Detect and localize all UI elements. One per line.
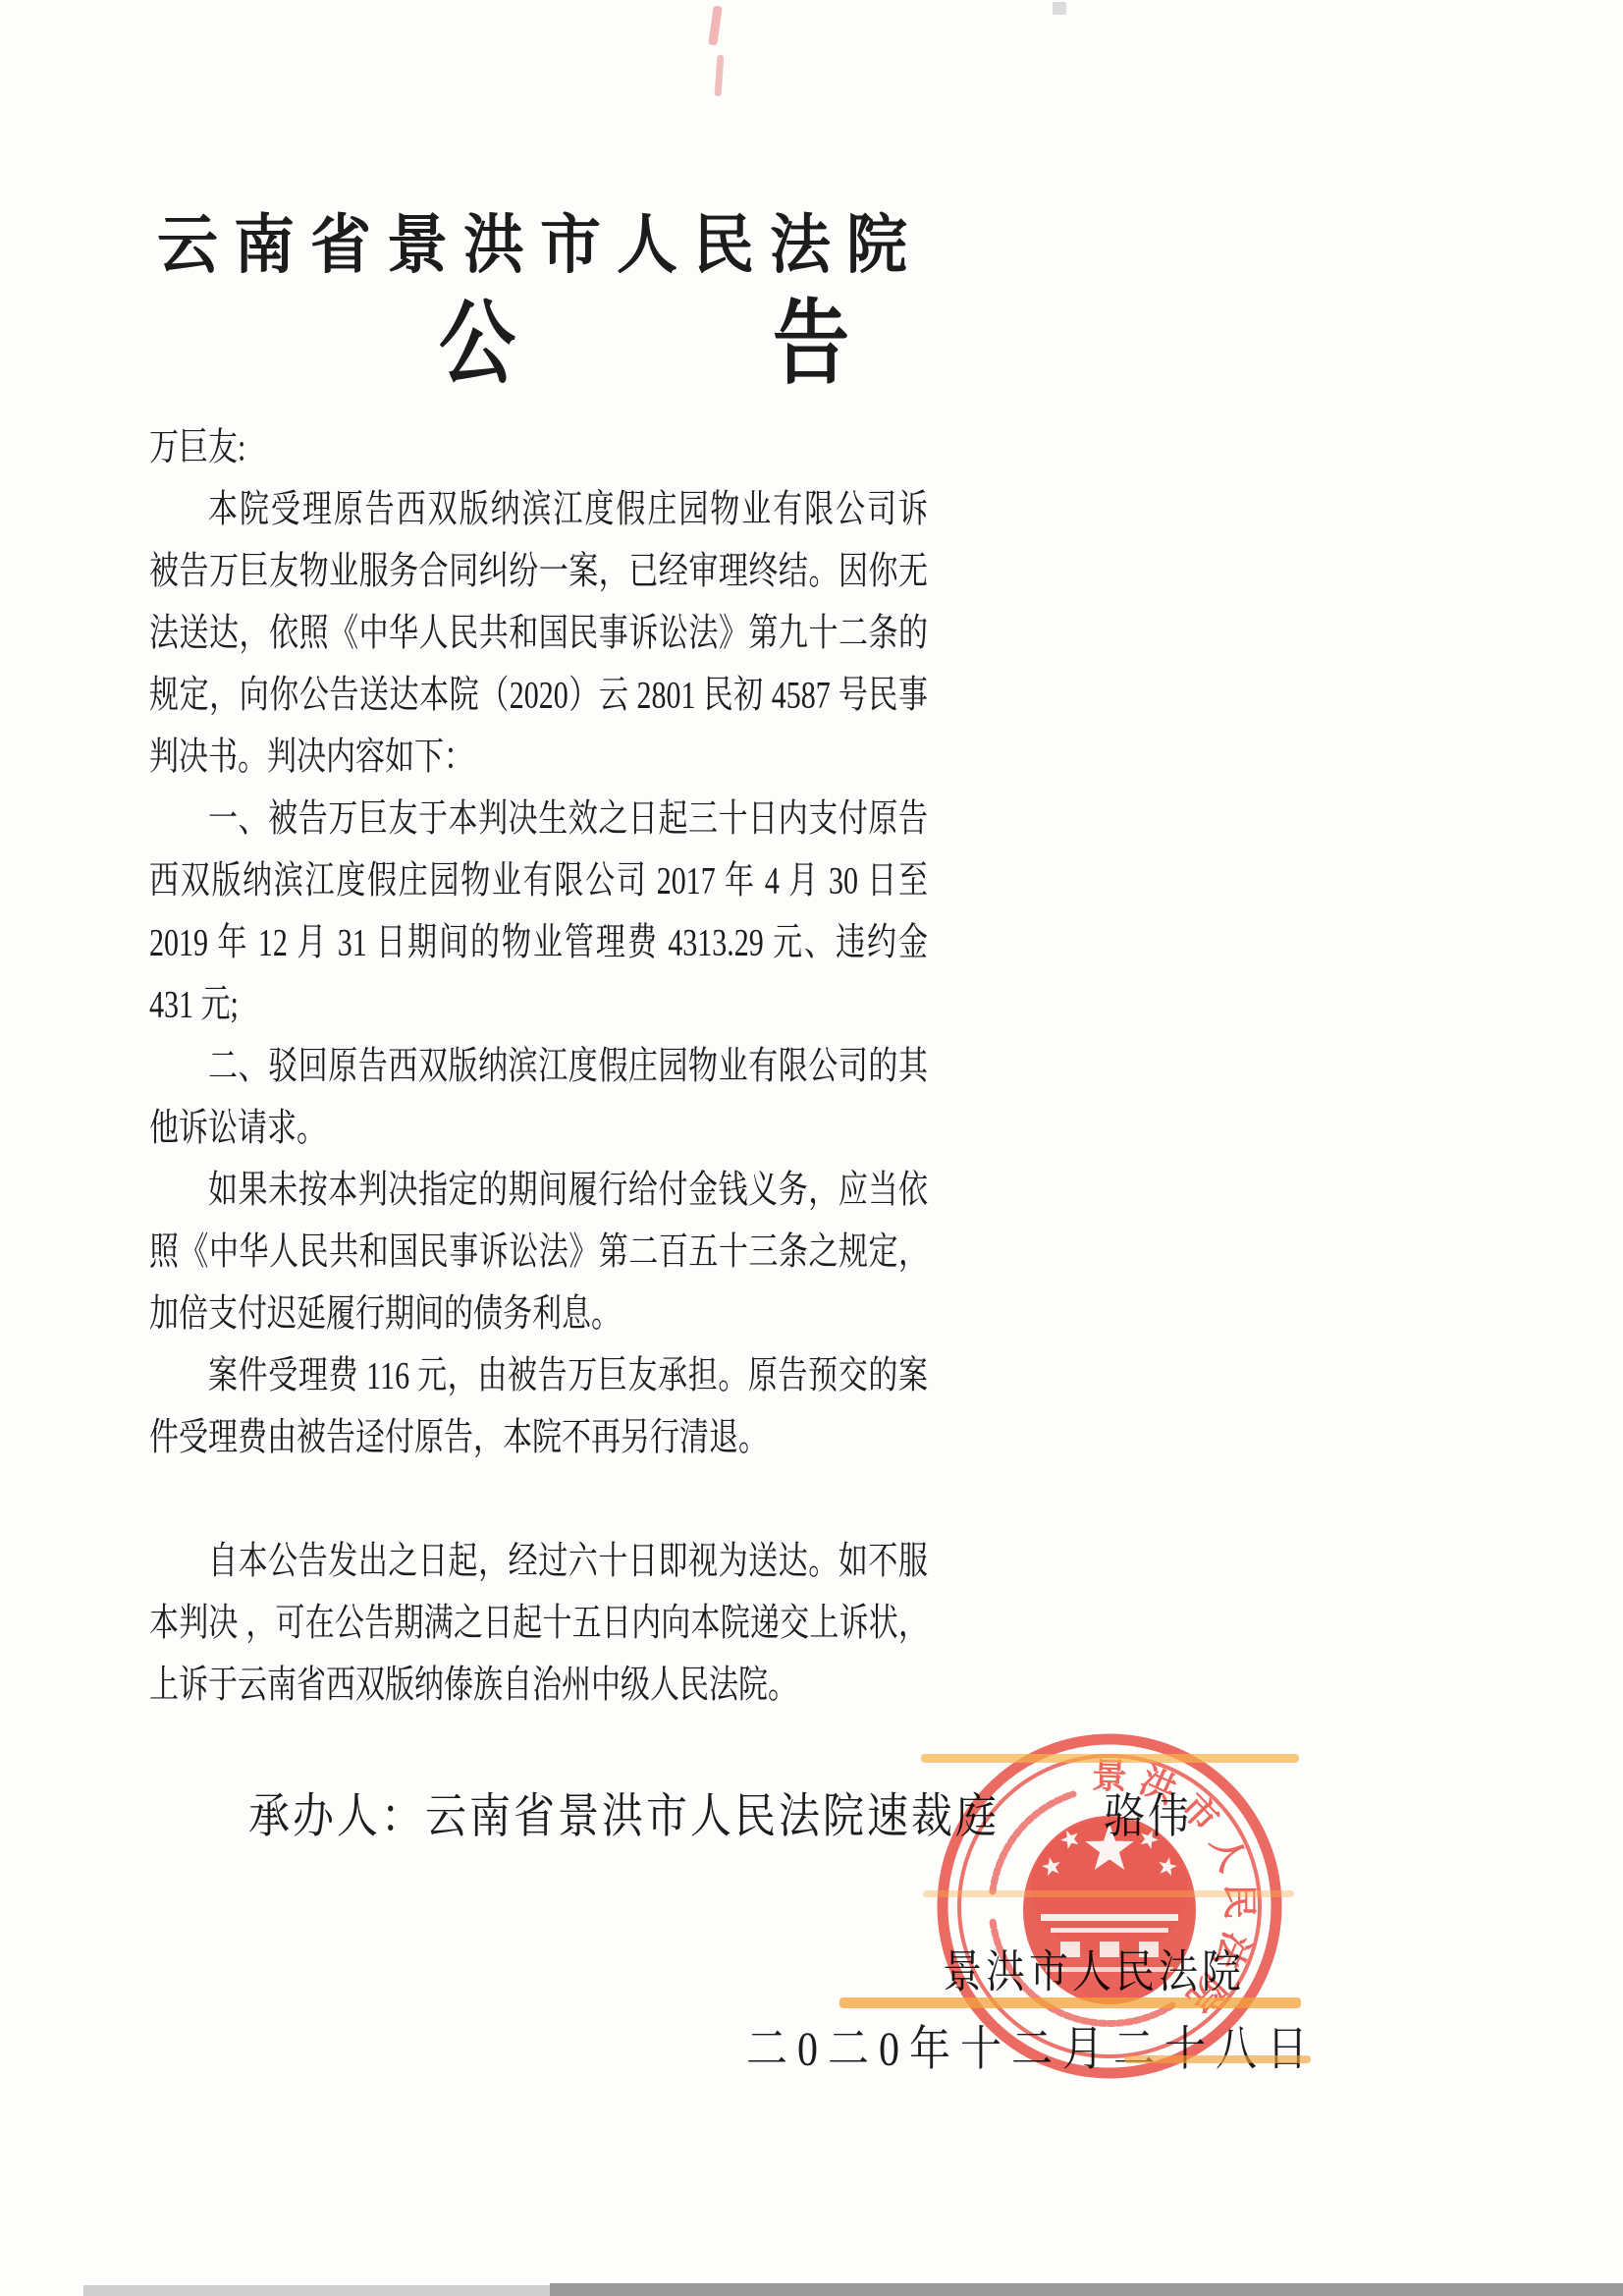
scan-streak (923, 1890, 1294, 1897)
body-line: 被告万巨友物业服务合同纠纷一案，已经审理终结。因你无 (149, 547, 928, 598)
body-line: 西双版纳滨江度假庄园物业有限公司 2017 年 4 月 30 日至 (149, 856, 928, 907)
body-line: 本判决 ，可在公告期满之日起十五日内向本院递交上诉状， (149, 1599, 928, 1650)
court-notice-page: 云南省景洪市人民法院 公 告 万巨友: 本院受理原告西双版纳滨江度假庄园物业有限… (0, 0, 1623, 2296)
body-line: 规定，向你公告送达本院（2020）云 2801 民初 4587 号民事 (149, 671, 928, 722)
scan-speck (1053, 2, 1066, 15)
body-line: 判决书。判决内容如下： (149, 733, 928, 784)
body-line: 案件受理费 116 元，由被告万巨友承担。原告预交的案 (149, 1351, 928, 1402)
recipient-line: 万巨友: (149, 423, 928, 474)
body-line: 上诉于云南省西双版纳傣族自治州中级人民法院。 (149, 1661, 928, 1712)
scan-streak (921, 1754, 1299, 1763)
body-line: 二、驳回原告西双版纳滨江度假庄园物业有限公司的其 (149, 1042, 928, 1093)
bottom-scan-edge (550, 2283, 1623, 2296)
undertaker-label: 承办人：云南省景洪市人民法院速裁庭 (248, 1791, 1000, 1843)
body-line: 431 元; (149, 980, 928, 1031)
body-line: 他诉讼请求。 (149, 1104, 928, 1155)
national-emblem-icon (1023, 1816, 1196, 2004)
body-line: 本院受理原告西双版纳滨江度假庄园物业有限公司诉 (149, 485, 928, 536)
body-line: 2019 年 12 月 31 日期间的物业管理费 4313.29 元、违约金 (149, 918, 928, 969)
document-body: 万巨友: 本院受理原告西双版纳滨江度假庄园物业有限公司诉 被告万巨友物业服务合同… (149, 0, 928, 2296)
body-line: 照《中华人民共和国民事诉讼法》第二百五十三条之规定， (149, 1228, 928, 1279)
body-line: 加倍支付迟延履行期间的债务利息。 (149, 1289, 928, 1340)
scan-streak (1124, 2055, 1311, 2063)
scan-streak (839, 1997, 1301, 2008)
body-line: 一、被告万巨友于本判决生效之日起三十日内支付原告 (149, 794, 928, 846)
official-court-seal: 景洪市人民法院 (923, 1722, 1306, 2105)
body-line: 法送达，依照《中华人民共和国民事诉讼法》第九十二条的 (149, 609, 928, 660)
body-line: 如果未按本判决指定的期间履行给付金钱义务，应当依 (149, 1166, 928, 1217)
body-line: 自本公告发出之日起，经过六十日即视为送达。如不服 (149, 1537, 928, 1588)
body-line: 件受理费由被告迳付原告，本院不再另行清退。 (149, 1413, 928, 1464)
